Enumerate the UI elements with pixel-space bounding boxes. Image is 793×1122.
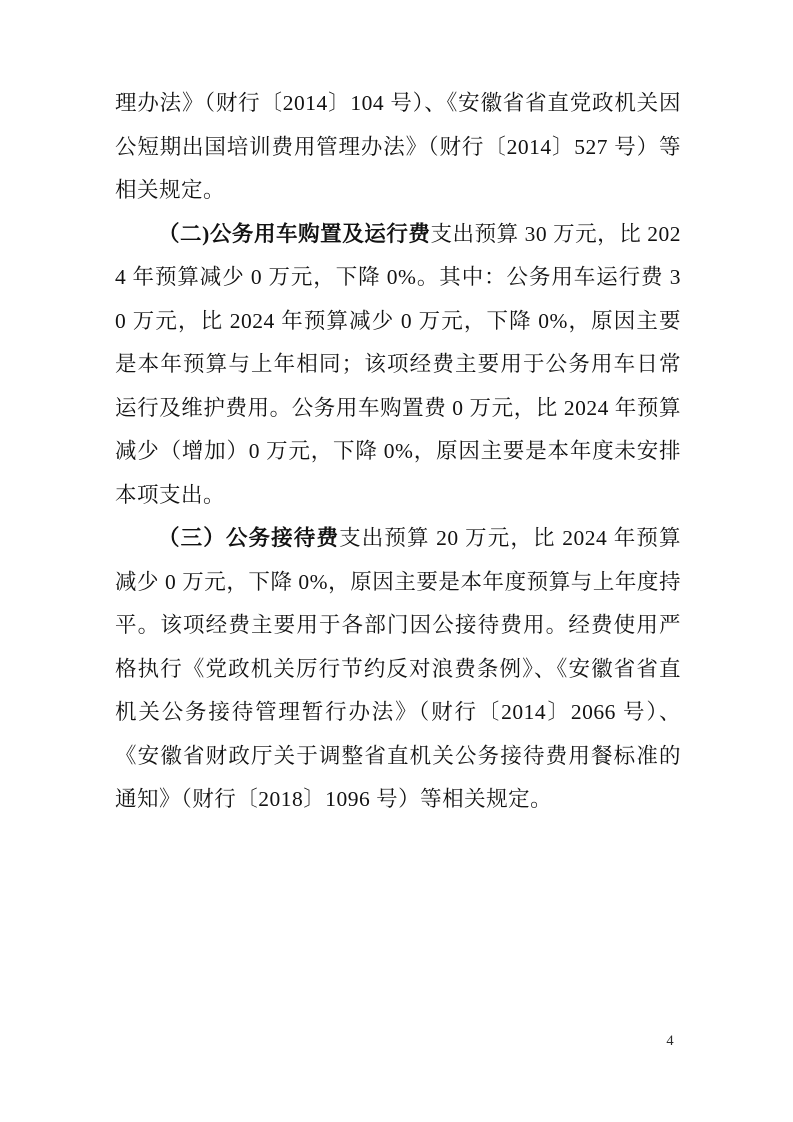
paragraph: 理办法》（财行〔2014〕104 号）、《安徽省省直党政机关因公短期出国培训费用…: [115, 82, 681, 213]
text-run: 支出预算 20 万元，比 2024 年预算减少 0 万元，下降 0%，原因主要是…: [115, 526, 681, 811]
text-run-bold: （二)公务用车购置及运行费: [158, 222, 430, 246]
text-run: 支出预算 30 万元，比 2024 年预算减少 0 万元，下降 0%。其中：公务…: [115, 222, 681, 507]
page-number: 4: [660, 1033, 680, 1050]
text-run: 理办法》（财行〔2014〕104 号）、《安徽省省直党政机关因公短期出国培训费用…: [115, 91, 681, 202]
text-run-bold: （三）公务接待费: [158, 526, 339, 550]
document-page: 理办法》（财行〔2014〕104 号）、《安徽省省直党政机关因公短期出国培训费用…: [0, 0, 793, 1122]
paragraph: （三）公务接待费支出预算 20 万元，比 2024 年预算减少 0 万元，下降 …: [115, 517, 681, 822]
paragraph: （二)公务用车购置及运行费支出预算 30 万元，比 2024 年预算减少 0 万…: [115, 213, 681, 518]
document-body: 理办法》（财行〔2014〕104 号）、《安徽省省直党政机关因公短期出国培训费用…: [115, 82, 681, 822]
